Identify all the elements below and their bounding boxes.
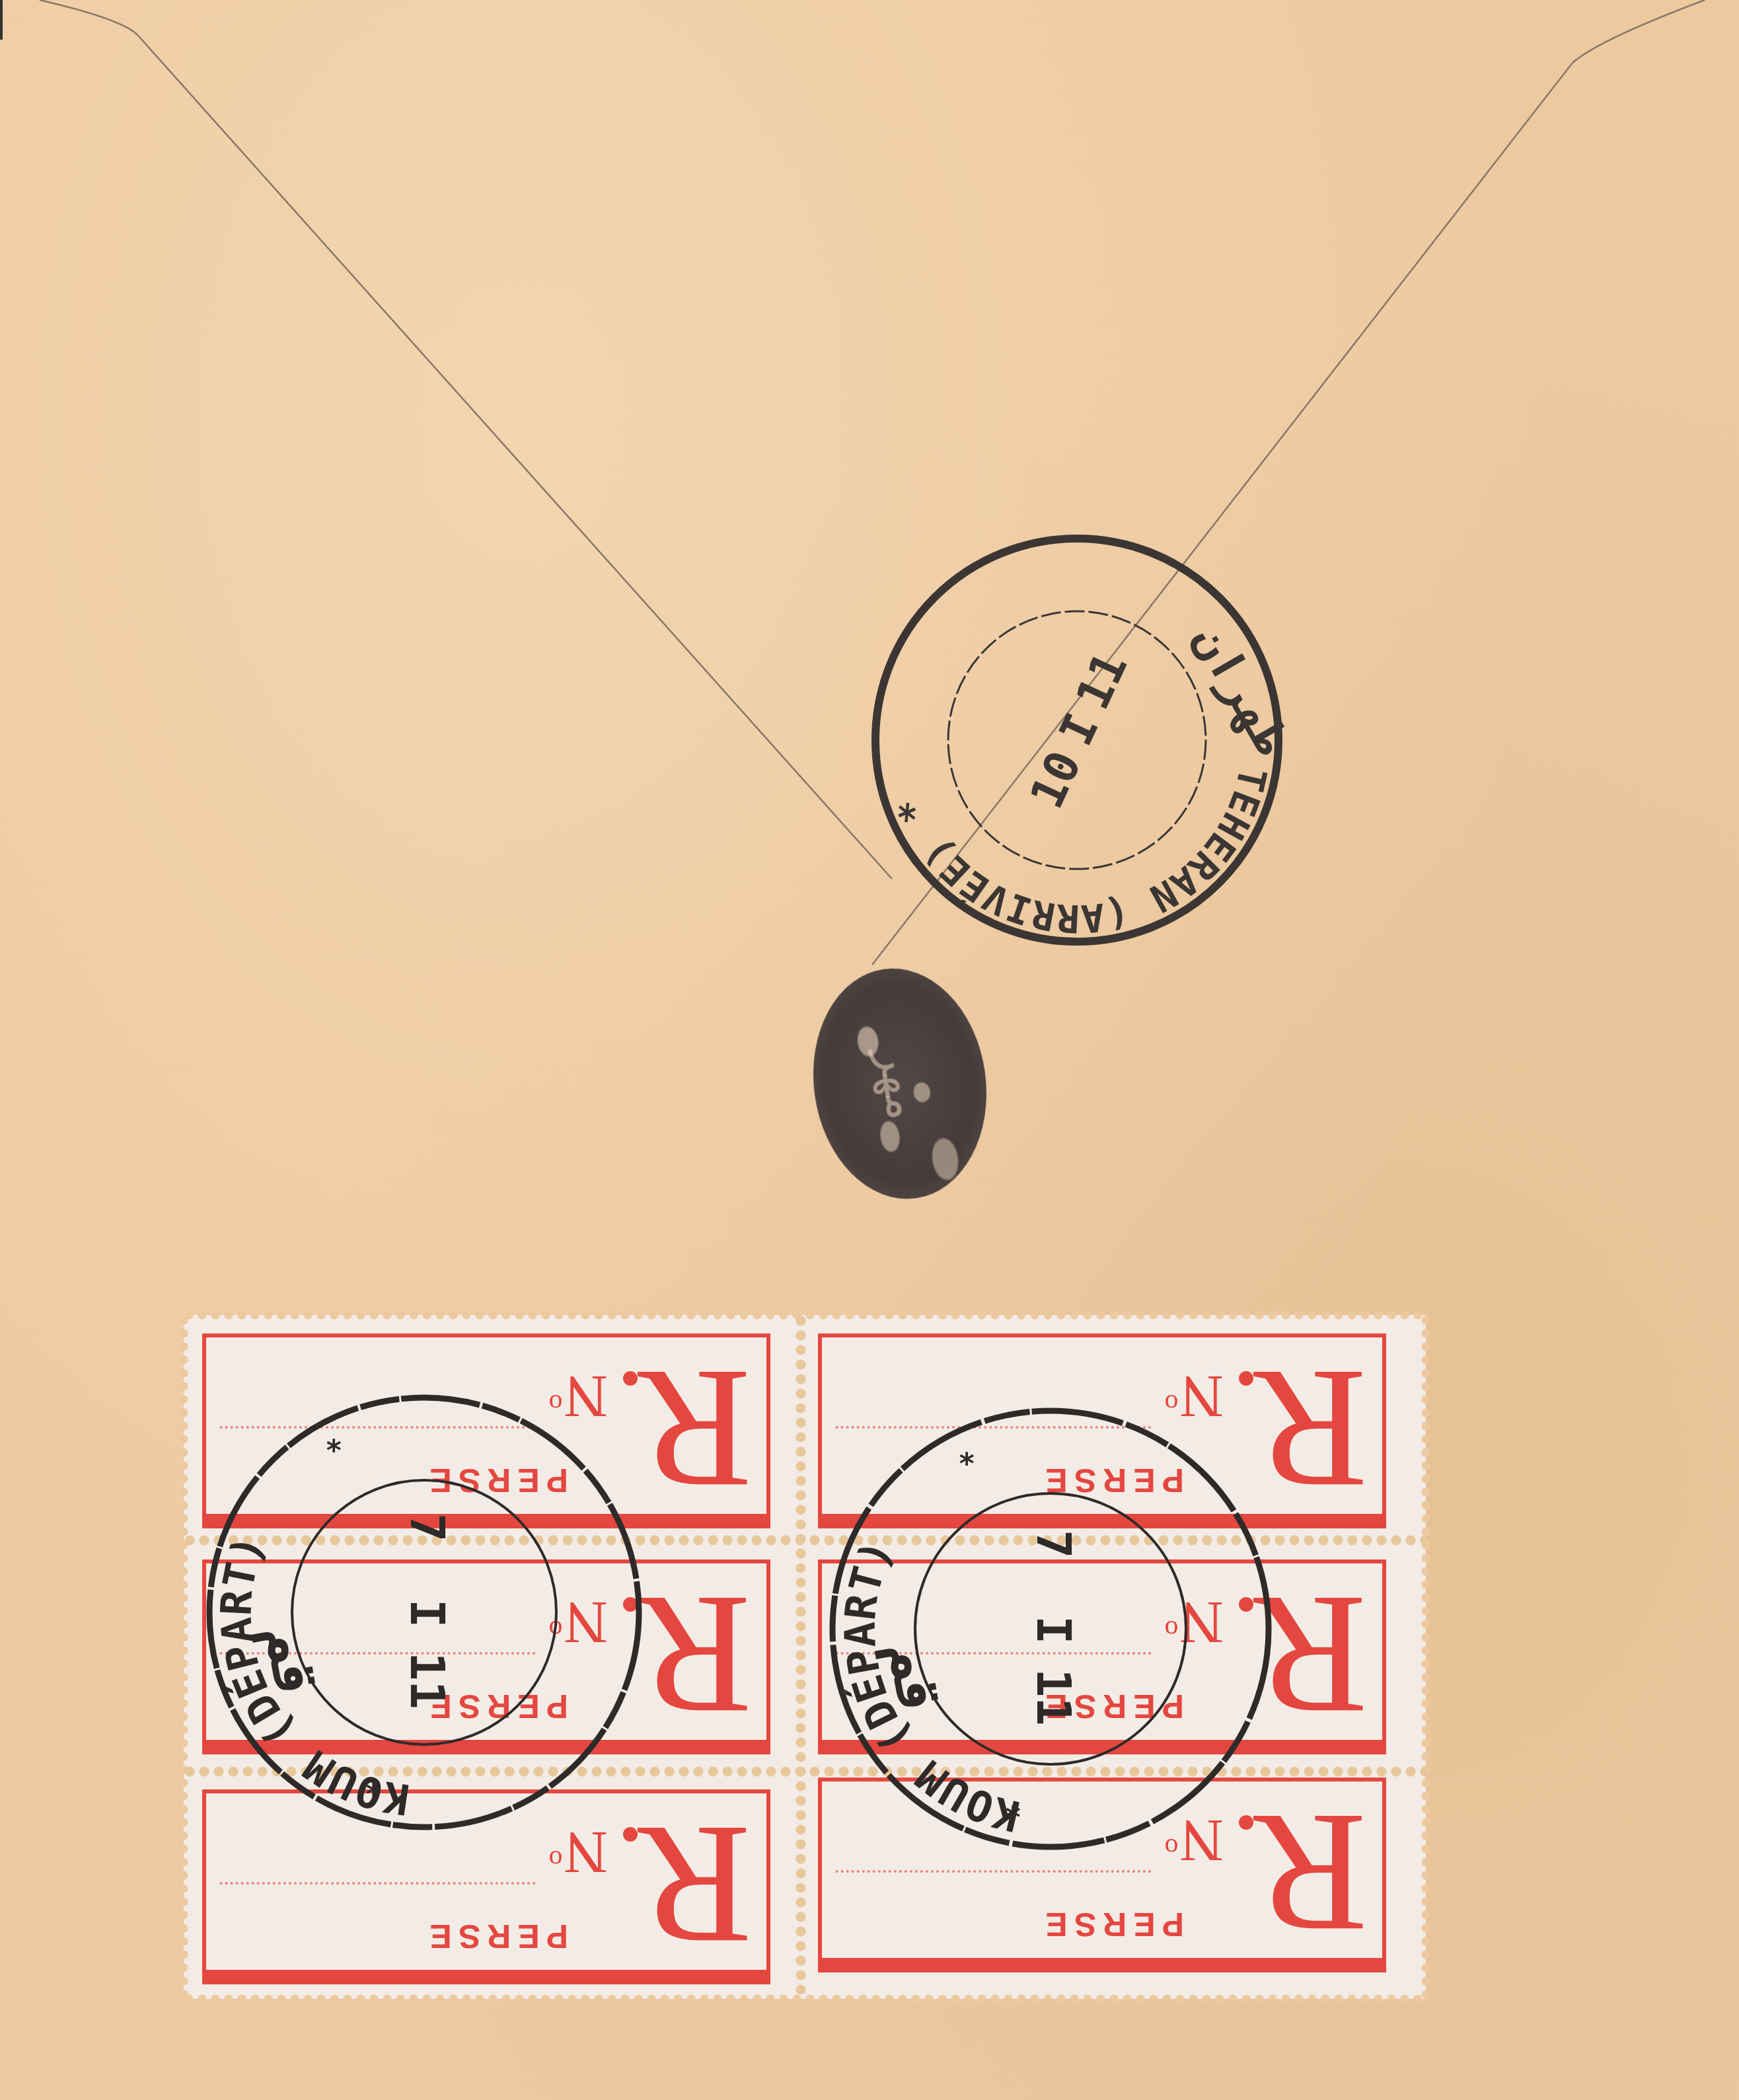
- departure-arabic-text: قم: [874, 1639, 955, 1722]
- arrival-date-month: I: [1049, 705, 1109, 753]
- star-icon: *: [325, 1434, 343, 1468]
- departure-date-month: I: [400, 1599, 455, 1628]
- label-number-line: [219, 1882, 535, 1885]
- departure-date-year: 11: [400, 1652, 455, 1709]
- star-icon: *: [958, 1447, 976, 1481]
- departure-date-year: 11: [1026, 1669, 1082, 1726]
- perforation-column: [795, 1315, 807, 1999]
- perforation-right: [1421, 1315, 1431, 1999]
- departure-postmark-right: KOUM (DÉPART) * * 7 I 11 قم: [813, 1391, 1288, 1870]
- star-icon: *: [1004, 1801, 1022, 1834]
- arrival-postmark: TEHERAN (ARRIVÉE) * 10 I 11 طهران: [859, 522, 1295, 961]
- departure-arabic-text: قم: [251, 1623, 332, 1706]
- seal-calligraphy: مهر: [868, 1045, 932, 1123]
- label-number-line: [835, 1870, 1151, 1873]
- arrival-date-day: 10: [1019, 743, 1092, 816]
- departure-date-month: I: [1026, 1616, 1082, 1644]
- arrival-date-year: 11: [1065, 644, 1138, 718]
- departure-date-day: 7: [1026, 1530, 1082, 1558]
- star-icon: *: [365, 1778, 383, 1811]
- arrival-arabic-text: طهران: [1182, 617, 1295, 765]
- departure-postmark-left: KOUM (DÉPART) * * 7 I 11 قم: [193, 1381, 655, 1847]
- label-country: PERSE: [1039, 1905, 1184, 1943]
- label-r-dot: [1239, 1371, 1253, 1386]
- perforation-left: [178, 1315, 189, 1999]
- label-country: PERSE: [423, 1917, 568, 1955]
- departure-date-day: 7: [400, 1513, 455, 1542]
